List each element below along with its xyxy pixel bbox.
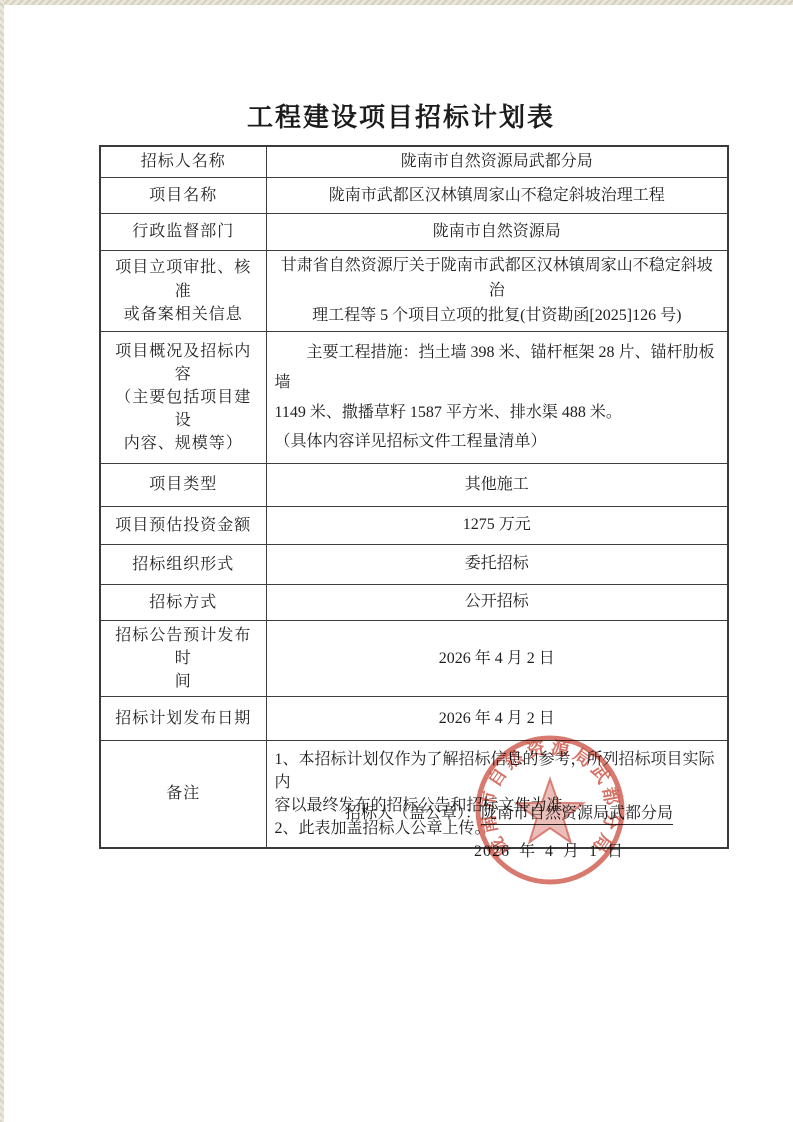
row-value: 陇南市自然资源局	[266, 214, 728, 251]
table-row: 招标方式 公开招标	[100, 584, 728, 620]
row-label: 项目预估投资金额	[100, 506, 266, 544]
row-label: 项目名称	[100, 178, 266, 214]
row-label: 项目概况及招标内容 （主要包括项目建设 内容、规模等）	[100, 332, 266, 463]
table-row: 项目类型 其他施工	[100, 463, 728, 506]
scan-edge-top	[0, 0, 793, 5]
row-label: 项目类型	[100, 463, 266, 506]
row-value: 陇南市武都区汉林镇周家山不稳定斜坡治理工程	[266, 178, 728, 214]
footer-date: 2026 年 4 月 1 日	[474, 838, 624, 861]
row-value: 2026 年 4 月 2 日	[266, 620, 728, 697]
scan-edge-left	[0, 0, 4, 1122]
signer-name: 陇南市自然资源局武都分局	[481, 805, 673, 825]
table-row: 项目预估投资金额 1275 万元	[100, 506, 728, 544]
row-label: 备注	[100, 741, 266, 848]
row-label: 招标人名称	[100, 146, 266, 178]
row-label: 招标计划发布日期	[100, 697, 266, 741]
document-page: { "page": { "title": "工程建设项目招标计划表" }, "t…	[0, 0, 793, 1122]
row-value: 1、本招标计划仅作为了解招标信息的参考，所列招标项目实际内 容以最终发布的招标公…	[266, 741, 728, 848]
table-row: 招标组织形式 委托招标	[100, 544, 728, 584]
row-value: 2026 年 4 月 2 日	[266, 697, 728, 741]
table-row: 项目名称 陇南市武都区汉林镇周家山不稳定斜坡治理工程	[100, 178, 728, 214]
tender-plan-table: 招标人名称 陇南市自然资源局武都分局 项目名称 陇南市武都区汉林镇周家山不稳定斜…	[99, 145, 729, 849]
row-value: 其他施工	[266, 463, 728, 506]
row-label: 行政监督部门	[100, 214, 266, 251]
row-label: 招标方式	[100, 584, 266, 620]
table-row: 招标人名称 陇南市自然资源局武都分局	[100, 146, 728, 178]
signer-line: 招标人（盖公章）：陇南市自然资源局武都分局	[345, 800, 673, 823]
table-row: 备注 1、本招标计划仅作为了解招标信息的参考，所列招标项目实际内 容以最终发布的…	[100, 741, 728, 848]
row-label: 招标公告预计发布时 间	[100, 620, 266, 697]
row-label: 招标组织形式	[100, 544, 266, 584]
table-row: 项目概况及招标内容 （主要包括项目建设 内容、规模等） 主要工程措施：挡土墙 3…	[100, 332, 728, 463]
row-value: 公开招标	[266, 584, 728, 620]
row-value: 委托招标	[266, 544, 728, 584]
row-value: 陇南市自然资源局武都分局	[266, 146, 728, 178]
page-title: 工程建设项目招标计划表	[87, 97, 715, 134]
signer-label: 招标人（盖公章）：	[345, 805, 481, 822]
row-value: 主要工程措施：挡土墙 398 米、锚杆框架 28 片、锚杆肋板墙 1149 米、…	[266, 332, 728, 463]
row-value: 甘肃省自然资源厅关于陇南市武都区汉林镇周家山不稳定斜坡治 理工程等 5 个项目立…	[266, 251, 728, 332]
table-row: 项目立项审批、核准 或备案相关信息 甘肃省自然资源厅关于陇南市武都区汉林镇周家山…	[100, 251, 728, 332]
table-row: 行政监督部门 陇南市自然资源局	[100, 214, 728, 251]
row-label: 项目立项审批、核准 或备案相关信息	[100, 251, 266, 332]
table-row: 招标公告预计发布时 间 2026 年 4 月 2 日	[100, 620, 728, 697]
table-row: 招标计划发布日期 2026 年 4 月 2 日	[100, 697, 728, 741]
row-value: 1275 万元	[266, 506, 728, 544]
